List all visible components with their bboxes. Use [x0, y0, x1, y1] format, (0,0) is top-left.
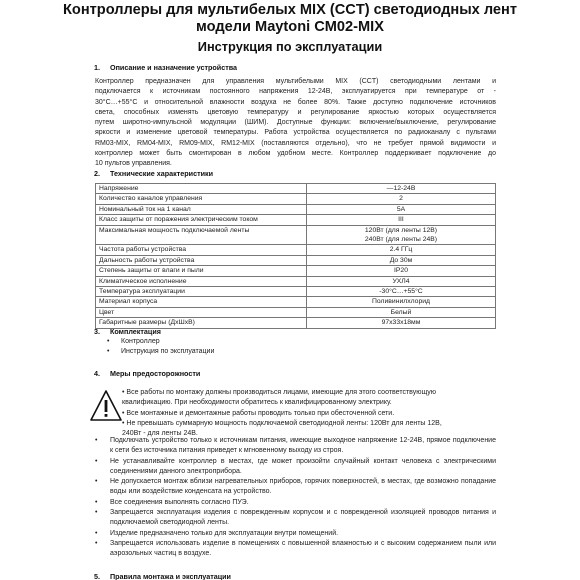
- list-item: Запрещается использовать изделие в помещ…: [95, 539, 496, 560]
- list-item: Запрещается эксплуатация изделия с повре…: [95, 508, 496, 529]
- document-page: Контроллеры для мультибелых MIX (CCT) св…: [0, 0, 580, 580]
- warning-line: • Не превышать суммарную мощность подклю…: [122, 419, 496, 429]
- spec-value: 2: [307, 194, 496, 204]
- document-subtitle: Инструкция по эксплуатации: [20, 39, 560, 54]
- section-1-heading: 1.Описание и назначение устройства: [94, 63, 237, 72]
- spec-key: Температура эксплуатации: [96, 287, 307, 297]
- spec-key: Класс защиты от поражения электрическим …: [96, 215, 307, 225]
- spec-value: Поливинилхлорид: [307, 297, 496, 307]
- table-row: ЦветБелый: [96, 307, 496, 317]
- table-row: Номинальный ток на 1 канал5А: [96, 204, 496, 214]
- section-4-heading: 4.Меры предосторожности: [94, 369, 200, 378]
- list-item: Контроллер: [107, 337, 214, 347]
- table-row: Степень защиты от влаги и пылиIP20: [96, 266, 496, 276]
- paragraph-line: света, способных изменять цветовую темпе…: [95, 108, 496, 118]
- section-5-heading: 5.Правила монтажа и эксплуатации: [94, 572, 231, 580]
- title-line-1: Контроллеры для мультибелых MIX (CCT) св…: [20, 2, 560, 19]
- spec-key: Дальность работы устройства: [96, 255, 307, 265]
- kit-list: КонтроллерИнструкция по эксплуатации: [107, 337, 214, 358]
- spec-value: 2.4 ГГц: [307, 245, 496, 255]
- list-item: Не допускается монтаж вблизи нагреватель…: [95, 477, 496, 498]
- spec-key: Степень защиты от влаги и пыли: [96, 266, 307, 276]
- table-row: Климатическое исполнениеУХЛ4: [96, 276, 496, 286]
- paragraph-line: путем широтно-импульсной модуляции (ШИМ)…: [95, 118, 496, 128]
- warning-list: • Все работы по монтажу должны производи…: [122, 388, 496, 439]
- precautions-list: Подключать устройство только к источника…: [95, 436, 496, 560]
- section-2-heading: 2.Технические характеристики: [94, 169, 213, 178]
- list-item: Инструкция по эксплуатации: [107, 347, 214, 357]
- spec-key: Материал корпуса: [96, 297, 307, 307]
- document-title: Контроллеры для мультибелых MIX (CCT) св…: [20, 2, 560, 36]
- warning-line: • Все монтажные и демонтажные работы про…: [122, 409, 496, 419]
- warning-line: • Все работы по монтажу должны производи…: [122, 388, 496, 398]
- spec-value: III: [307, 215, 496, 225]
- table-row: Дальность работы устройстваДо 30м: [96, 255, 496, 265]
- spec-table: Напряжение—12-24ВКоличество каналов упра…: [95, 183, 496, 329]
- section-3-heading: 3.Комплектация: [94, 327, 161, 336]
- list-item: Изделие предназначено только для эксплуа…: [95, 529, 496, 539]
- spec-value: IP20: [307, 266, 496, 276]
- paragraph-line: подключается к источникам постоянного на…: [95, 87, 496, 97]
- list-item: Не устанавливайте контроллер в местах, г…: [95, 457, 496, 478]
- table-row: Максимальная мощность подключаемой ленты…: [96, 225, 496, 245]
- warning-triangle-icon: [89, 389, 123, 423]
- paragraph-line: яркости и изменение цветовой температуры…: [95, 128, 496, 138]
- spec-value: 120Вт (для ленты 12В)240Вт (для ленты 24…: [307, 225, 496, 245]
- table-row: Количество каналов управления2: [96, 194, 496, 204]
- spec-value: 97х33х18мм: [307, 318, 496, 328]
- spec-key: Цвет: [96, 307, 307, 317]
- spec-key: Климатическое исполнение: [96, 276, 307, 286]
- spec-value: До 30м: [307, 255, 496, 265]
- spec-value: -30°C…+55°C: [307, 287, 496, 297]
- paragraph-line: 30°C…+55°C и относительной влажности воз…: [95, 98, 496, 108]
- table-row: Напряжение—12-24В: [96, 184, 496, 194]
- paragraph-line: контроллер может быть смонтирован в любо…: [95, 149, 496, 159]
- spec-key: Максимальная мощность подключаемой ленты: [96, 225, 307, 245]
- spec-key: Напряжение: [96, 184, 307, 194]
- section-1-paragraph: Контроллер предназначен для управления м…: [95, 77, 496, 170]
- list-item: Подключать устройство только к источника…: [95, 436, 496, 457]
- table-row: Частота работы устройства2.4 ГГц: [96, 245, 496, 255]
- table-row: Материал корпусаПоливинилхлорид: [96, 297, 496, 307]
- spec-value: Белый: [307, 307, 496, 317]
- table-row: Температура эксплуатации-30°C…+55°C: [96, 287, 496, 297]
- list-item: Все соединения выполнять согласно ПУЭ.: [95, 498, 496, 508]
- spec-key: Номинальный ток на 1 канал: [96, 204, 307, 214]
- spec-key: Частота работы устройства: [96, 245, 307, 255]
- paragraph-line: RM03-MIX, RM04-MIX, RM09-MIX, RM12-MIX (…: [95, 139, 496, 149]
- title-line-2: модели Maytoni CM02-MIX: [20, 19, 560, 36]
- table-row: Класс защиты от поражения электрическим …: [96, 215, 496, 225]
- warning-line: квалификацию. При необходимости обратите…: [122, 398, 496, 408]
- spec-value: —12-24В: [307, 184, 496, 194]
- paragraph-line: Контроллер предназначен для управления м…: [95, 77, 496, 87]
- spec-value: 5А: [307, 204, 496, 214]
- spec-value: УХЛ4: [307, 276, 496, 286]
- spec-key: Количество каналов управления: [96, 194, 307, 204]
